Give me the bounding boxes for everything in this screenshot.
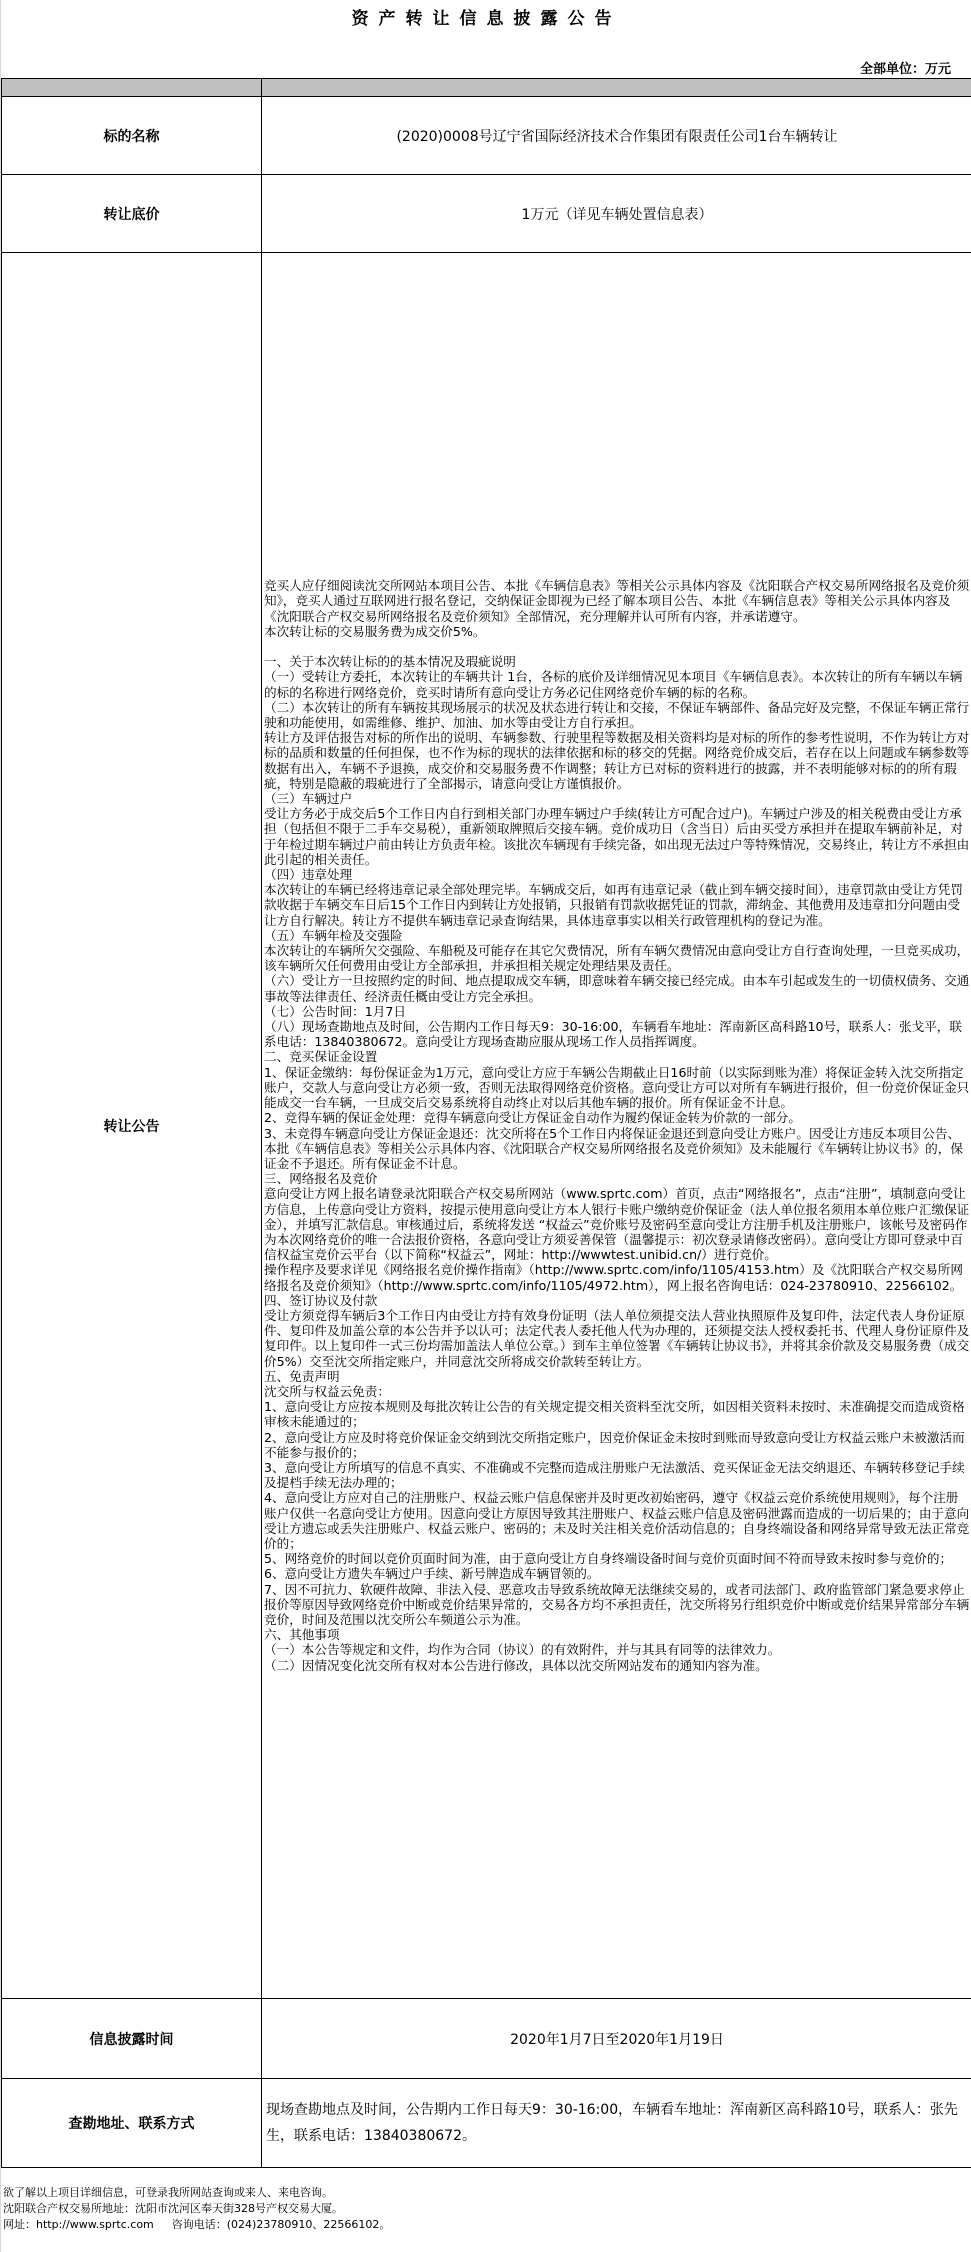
notice-paragraph: 4、意向受让方应对自己的注册账户、权益云账户信息保密并及时更改初始密码，遵守《权… — [264, 1490, 970, 1551]
notice-paragraph: 转让方及评估报告对标的所作出的说明、车辆参数、行驶里程等数据及相关资料均是对标的… — [264, 730, 970, 791]
notice-paragraph: 1、保证金缴纳：每份保证金为1万元，意向受让方应于车辆公告期截止日16时前（以实… — [264, 1065, 970, 1111]
table-row-transfer-notice: 转让公告 竞买人应仔细阅读沈交所网站本项目公告、本批《车辆信息表》等相关公示具体… — [2, 253, 971, 1999]
notice-paragraph: （七）公告时间：1月7日 — [264, 1004, 970, 1019]
notice-paragraph: 二、竞买保证金设置 — [264, 1049, 970, 1064]
notice-paragraph: 意向受让方网上报名请登录沈阳联合产权交易所网站（www.sprtc.com）首页… — [264, 1186, 970, 1262]
notice-paragraph: 5、网络竞价的时间以竞价页面时间为准，由于意向受让方自身终端设备时间与竞价页面时… — [264, 1551, 970, 1566]
notice-paragraph: 一、关于本次转让标的的基本情况及瑕疵说明 — [264, 654, 970, 669]
notice-paragraph: 竞买人应仔细阅读沈交所网站本项目公告、本批《车辆信息表》等相关公示具体内容及《沈… — [264, 578, 970, 624]
notice-paragraph: （二）因情况变化沈交所有权对本公告进行修改，具体以沈交所网站发布的通知内容为准。 — [264, 1658, 970, 1673]
row-label: 信息披露时间 — [2, 1999, 262, 2079]
disclosure-time-value: 2020年1月7日至2020年1月19日 — [262, 1999, 971, 2079]
notice-paragraph: （二）本次转让的所有车辆按其现场展示的状况及状态进行转让和交接，不保证车辆部件、… — [264, 700, 970, 730]
header-cell-label — [2, 79, 262, 97]
footer-line-contact: 网址：http://www.sprtc.com咨询电话：(024)2378091… — [3, 2217, 390, 2233]
footer-line-inquiry: 欲了解以上项目详细信息，可登录我所网站查询或来人、来电咨询。 — [3, 2185, 390, 2201]
notice-paragraph: 沈交所与权益云免责： — [264, 1384, 970, 1399]
asset-name-value: (2020)0008号辽宁省国际经济技术合作集团有限责任公司1台车辆转让 — [262, 97, 971, 175]
notice-paragraph — [264, 639, 970, 654]
disclosure-table: 标的名称 (2020)0008号辽宁省国际经济技术合作集团有限责任公司1台车辆转… — [1, 78, 971, 2168]
notice-paragraph: 受让方须竞得车辆后3个工作日内由受让方持有效身份证明（法人单位须提交法人营业执照… — [264, 1308, 970, 1369]
notice-paragraph: 2、意向受让方应及时将竞价保证金交纳到沈交所指定账户，因竞价保证金未按时到账而导… — [264, 1430, 970, 1460]
table-row-inspection-contact: 查勘地址、联系方式 现场查勘地点及时间，公告期内工作日每天9：30-16:00，… — [2, 2079, 971, 2168]
notice-paragraph: （六）受让方一旦按照约定的时间、地点提取成交车辆，即意味着车辆交接已经完成。由本… — [264, 973, 970, 1003]
notice-paragraph: 3、未竞得车辆意向受让方保证金退还：沈交所将在5个工作日内将保证金退还到意向受让… — [264, 1126, 970, 1172]
notice-paragraph: （八）现场查勘地点及时间，公告期内工作日每天9：30-16:00，车辆看车地址：… — [264, 1019, 970, 1049]
footer-info: 欲了解以上项目详细信息，可登录我所网站查询或来人、来电咨询。 沈阳联合产权交易所… — [3, 2185, 390, 2233]
notice-paragraph: 受让方务必于成交后5个工作日内自行到相关部门办理车辆过户手续(转让方可配合过户)… — [264, 806, 970, 867]
base-price-value: 1万元（详见车辆处置信息表） — [262, 175, 971, 253]
notice-paragraph: （三）车辆过户 — [264, 791, 970, 806]
page-title: 资产转让信息披露公告 — [1, 4, 971, 29]
footer-phone: 咨询电话：(024)23780910、22566102。 — [172, 2218, 391, 2231]
notice-paragraph: 四、签订协议及付款 — [264, 1293, 970, 1308]
footer-line-address: 沈阳联合产权交易所地址：沈阳市沈河区奉天街328号产权交易大厦。 — [3, 2201, 390, 2217]
notice-paragraph: 7、因不可抗力、软硬件故障、非法入侵、恶意攻击导致系统故障无法继续交易的，或者司… — [264, 1582, 970, 1628]
table-row-asset-name: 标的名称 (2020)0008号辽宁省国际经济技术合作集团有限责任公司1台车辆转… — [2, 97, 971, 175]
notice-paragraph: 本次转让的车辆已经将违章记录全部处理完毕。车辆成交后，如再有违章记录（截止到车辆… — [264, 882, 970, 928]
row-label: 查勘地址、联系方式 — [2, 2079, 262, 2168]
notice-paragraph: 3、意向受让方所填写的信息不真实、不准确或不完整而造成注册账户无法激活、竞买保证… — [264, 1460, 970, 1490]
inspection-contact-value: 现场查勘地点及时间，公告期内工作日每天9：30-16:00，车辆看车地址：浑南新… — [262, 2097, 971, 2149]
inspection-contact-cell: 现场查勘地点及时间，公告期内工作日每天9：30-16:00，车辆看车地址：浑南新… — [262, 2079, 971, 2168]
notice-paragraph: 三、网络报名及竞价 — [264, 1171, 970, 1186]
row-label: 标的名称 — [2, 97, 262, 175]
notice-paragraph: 操作程序及要求详见《网络报名竞价操作指南》（http://www.sprtc.c… — [264, 1262, 970, 1292]
table-row-disclosure-time: 信息披露时间 2020年1月7日至2020年1月19日 — [2, 1999, 971, 2079]
notice-body: 竞买人应仔细阅读沈交所网站本项目公告、本批《车辆信息表》等相关公示具体内容及《沈… — [262, 578, 971, 1673]
notice-paragraph: （四）违章处理 — [264, 867, 970, 882]
header-cell-value — [262, 79, 971, 97]
notice-paragraph: （一）本公告等规定和文件，均作为合同（协议）的有效附件，并与其具有同等的法律效力… — [264, 1642, 970, 1657]
footer-website: 网址：http://www.sprtc.com — [3, 2218, 154, 2231]
row-label: 转让公告 — [2, 253, 262, 1999]
notice-paragraph: 本次转让标的交易服务费为成交价5%。 — [264, 624, 970, 639]
table-header-row — [2, 79, 971, 97]
notice-paragraph: 六、其他事项 — [264, 1627, 970, 1642]
notice-paragraph: （五）车辆年检及交强险 — [264, 928, 970, 943]
notice-paragraph: 2、竞得车辆的保证金处理：竞得车辆意向受让方保证金自动作为履约保证金转为价款的一… — [264, 1110, 970, 1125]
transfer-notice-cell: 竞买人应仔细阅读沈交所网站本项目公告、本批《车辆信息表》等相关公示具体内容及《沈… — [262, 253, 971, 1999]
notice-paragraph: （一）受转让方委托，本次转让的车辆共计 1台，各标的底价及详细情况见本项目《车辆… — [264, 669, 970, 699]
table-row-base-price: 转让底价 1万元（详见车辆处置信息表） — [2, 175, 971, 253]
row-label: 转让底价 — [2, 175, 262, 253]
notice-paragraph: 本次转让的车辆所欠交强险、车船税及可能存在其它欠费情况，所有车辆欠费情况由意向受… — [264, 943, 970, 973]
notice-paragraph: 6、意向受让方遗失车辆过户手续、新号牌造成车辆冒领的。 — [264, 1566, 970, 1581]
notice-paragraph: 五、免责声明 — [264, 1369, 970, 1384]
notice-paragraph: 1、意向受让方应按本规则及每批次转让公告的有关规定提交相关资料至沈交所，如因相关… — [264, 1399, 970, 1429]
unit-label: 全部单位：万元 — [860, 58, 951, 77]
